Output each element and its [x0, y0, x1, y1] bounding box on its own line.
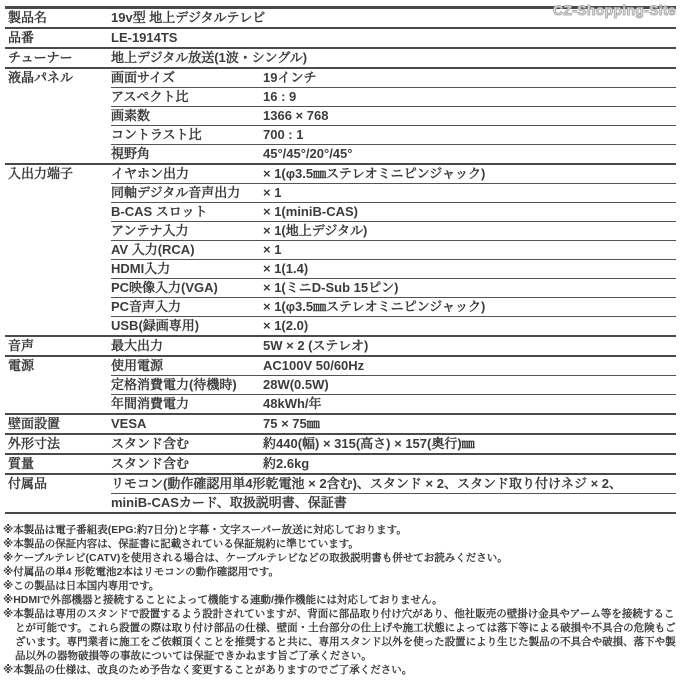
footnote: ※本製品は電子番組表(EPG:約7日分)と字幕・文字スーパー放送に対応しておりま… [3, 523, 676, 537]
footnote: ※ケーブルテレビ(CATV)を使用される場合は、ケーブルテレビなどの取扱説明書も… [3, 551, 676, 565]
spec-sub-label: イヤホン出力 [111, 165, 263, 183]
spec-value: LE-1914TS [111, 29, 676, 47]
spec-group-io-terminals: 入出力端子 イヤホン出力 × 1(φ3.5㎜ステレオミニピンジャック) 同軸デジ… [5, 163, 676, 335]
spec-row: miniB-CASカード、取扱説明書、保証書 [111, 493, 676, 512]
spec-row: 同軸デジタル音声出力 × 1 [111, 183, 676, 202]
spec-row: 最大出力 5W × 2 (ステレオ) [111, 337, 676, 355]
spec-value: 28W(0.5W) [263, 376, 676, 394]
spec-value: × 1(ミニD-Sub 15ピン) [263, 279, 676, 297]
spec-rows: スタンド含む 約440(幅) × 315(高さ) × 157(奥行)㎜ [111, 435, 676, 453]
spec-rows: 使用電源 AC100V 50/60Hz 定格消費電力(待機時) 28W(0.5W… [111, 357, 676, 413]
spec-value: 約440(幅) × 315(高さ) × 157(奥行)㎜ [263, 435, 676, 453]
spec-row: B-CAS スロット × 1(miniB-CAS) [111, 202, 676, 221]
spec-rows: スタンド含む 約2.6kg [111, 455, 676, 473]
spec-row: コントラスト比 700 : 1 [111, 125, 676, 144]
spec-row: HDMI入力 × 1(1.4) [111, 259, 676, 278]
spec-sub-label: AV 入力(RCA) [111, 241, 263, 259]
spec-value: 地上デジタル放送(1波・シングル) [111, 49, 676, 67]
spec-sub-label: 使用電源 [111, 357, 263, 375]
spec-sub-label: 同軸デジタル音声出力 [111, 184, 263, 202]
spec-sub-label: スタンド含む [111, 435, 263, 453]
spec-row: イヤホン出力 × 1(φ3.5㎜ステレオミニピンジャック) [111, 165, 676, 183]
spec-sub-label: 視野角 [111, 145, 263, 163]
spec-row: PC映像入力(VGA) × 1(ミニD-Sub 15ピン) [111, 278, 676, 297]
spec-sub-label: アンテナ入力 [111, 222, 263, 240]
spec-sub-label: PC映像入力(VGA) [111, 279, 263, 297]
spec-value: AC100V 50/60Hz [263, 357, 676, 375]
spec-value: × 1(φ3.5㎜ステレオミニピンジャック) [263, 298, 676, 316]
spec-value: × 1(1.4) [263, 260, 676, 278]
spec-row: PC音声入力 × 1(φ3.5㎜ステレオミニピンジャック) [111, 297, 676, 316]
spec-value: 19インチ [263, 69, 676, 87]
spec-sub-label: 最大出力 [111, 337, 263, 355]
spec-group-tuner: チューナー 地上デジタル放送(1波・シングル) [5, 47, 676, 67]
spec-group-power: 電源 使用電源 AC100V 50/60Hz 定格消費電力(待機時) 28W(0… [5, 355, 676, 413]
spec-sub-label: スタンド含む [111, 455, 263, 473]
spec-sub-label: アスペクト比 [111, 88, 263, 106]
footnote: ※本製品の保証内容は、保証書に記載されている保証規約に準じています。 [3, 537, 676, 551]
spec-group-model-number: 品番 LE-1914TS [5, 27, 676, 47]
spec-rows: イヤホン出力 × 1(φ3.5㎜ステレオミニピンジャック) 同軸デジタル音声出力… [111, 165, 676, 335]
spec-sub-label: PC音声入力 [111, 298, 263, 316]
spec-sub-label: 画素数 [111, 107, 263, 125]
spec-row: USB(録画専用) × 1(2.0) [111, 316, 676, 335]
spec-sub-label: コントラスト比 [111, 126, 263, 144]
spec-row: LE-1914TS [111, 29, 676, 47]
spec-group-lcd-panel: 液晶パネル 画面サイズ 19インチ アスペクト比 16 : 9 画素数 1366… [5, 67, 676, 163]
spec-group-label: 外形寸法 [5, 435, 111, 453]
spec-value: 5W × 2 (ステレオ) [263, 337, 676, 355]
spec-row: 画素数 1366 × 768 [111, 106, 676, 125]
spec-row: VESA 75 × 75㎜ [111, 415, 676, 433]
spec-row: スタンド含む 約2.6kg [111, 455, 676, 473]
spec-value: × 1 [263, 241, 676, 259]
spec-value: × 1(地上デジタル) [263, 222, 676, 240]
spec-value: 約2.6kg [263, 455, 676, 473]
spec-row: アンテナ入力 × 1(地上デジタル) [111, 221, 676, 240]
spec-value: 48kWh/年 [263, 395, 676, 413]
spec-sub-label: HDMI入力 [111, 260, 263, 278]
spec-sheet-page: CZ-Shopping-Site 製品名 19v型 地上デジタルテレビ 品番 L… [0, 0, 680, 680]
spec-rows: 地上デジタル放送(1波・シングル) [111, 49, 676, 67]
spec-rows: 画面サイズ 19インチ アスペクト比 16 : 9 画素数 1366 × 768… [111, 69, 676, 163]
spec-group-label: 品番 [5, 29, 111, 47]
spec-group-label: 入出力端子 [5, 165, 111, 335]
footnote: ※HDMIで外部機器と接続することによって機能する連動/操作機能には対応しており… [3, 593, 676, 607]
spec-value: 1366 × 768 [263, 107, 676, 125]
spec-value: miniB-CASカード、取扱説明書、保証書 [111, 494, 676, 512]
footnote: ※本製品の仕様は、改良のため予告なく変更することがありますのでご了承ください。 [3, 663, 676, 677]
spec-sub-label: VESA [111, 415, 263, 433]
footnote: ※この製品は日本国内専用です。 [3, 579, 676, 593]
spec-value: × 1(2.0) [263, 317, 676, 335]
spec-rows: リモコン(動作確認用単4形乾電池 × 2含む)、スタンド × 2、スタンド取り付… [111, 475, 676, 512]
spec-value: 75 × 75㎜ [263, 415, 676, 433]
spec-sub-label: USB(録画専用) [111, 317, 263, 335]
spec-rows: 最大出力 5W × 2 (ステレオ) [111, 337, 676, 355]
spec-group-label: 質量 [5, 455, 111, 473]
spec-row: AV 入力(RCA) × 1 [111, 240, 676, 259]
spec-value: 700 : 1 [263, 126, 676, 144]
spec-value: × 1(φ3.5㎜ステレオミニピンジャック) [263, 165, 676, 183]
spec-row: 年間消費電力 48kWh/年 [111, 394, 676, 413]
spec-table: 製品名 19v型 地上デジタルテレビ 品番 LE-1914TS チューナー 地上… [5, 6, 676, 514]
spec-row: スタンド含む 約440(幅) × 315(高さ) × 157(奥行)㎜ [111, 435, 676, 453]
spec-row: 地上デジタル放送(1波・シングル) [111, 49, 676, 67]
spec-row: 定格消費電力(待機時) 28W(0.5W) [111, 375, 676, 394]
spec-group-weight: 質量 スタンド含む 約2.6kg [5, 453, 676, 473]
spec-sub-label: B-CAS スロット [111, 203, 263, 221]
spec-row: リモコン(動作確認用単4形乾電池 × 2含む)、スタンド × 2、スタンド取り付… [111, 475, 676, 493]
spec-rows: VESA 75 × 75㎜ [111, 415, 676, 433]
spec-group-label: 付属品 [5, 475, 111, 512]
spec-value: 16 : 9 [263, 88, 676, 106]
spec-group-dimensions: 外形寸法 スタンド含む 約440(幅) × 315(高さ) × 157(奥行)㎜ [5, 433, 676, 453]
spec-value: 45°/45°/20°/45° [263, 145, 676, 163]
shop-watermark: CZ-Shopping-Site [553, 2, 676, 18]
spec-sub-label: 定格消費電力(待機時) [111, 376, 263, 394]
spec-group-label: 壁面設置 [5, 415, 111, 433]
spec-group-accessories: 付属品 リモコン(動作確認用単4形乾電池 × 2含む)、スタンド × 2、スタン… [5, 473, 676, 512]
spec-group-label: 液晶パネル [5, 69, 111, 163]
spec-sub-label: 画面サイズ [111, 69, 263, 87]
spec-group-label: 製品名 [5, 9, 111, 27]
spec-group-label: チューナー [5, 49, 111, 67]
spec-value: リモコン(動作確認用単4形乾電池 × 2含む)、スタンド × 2、スタンド取り付… [111, 475, 676, 493]
spec-row: 視野角 45°/45°/20°/45° [111, 144, 676, 163]
spec-group-wall-mount: 壁面設置 VESA 75 × 75㎜ [5, 413, 676, 433]
spec-group-audio: 音声 最大出力 5W × 2 (ステレオ) [5, 335, 676, 355]
spec-value: × 1 [263, 184, 676, 202]
spec-value: × 1(miniB-CAS) [263, 203, 676, 221]
spec-group-label: 音声 [5, 337, 111, 355]
footnote: ※本製品は専用のスタンドで設置するよう設計されていますが、背面に部品取り付け穴が… [3, 607, 676, 663]
spec-row: 使用電源 AC100V 50/60Hz [111, 357, 676, 375]
spec-group-label: 電源 [5, 357, 111, 413]
spec-rows: LE-1914TS [111, 29, 676, 47]
spec-sub-label: 年間消費電力 [111, 395, 263, 413]
footnotes: ※本製品は電子番組表(EPG:約7日分)と字幕・文字スーパー放送に対応しておりま… [3, 523, 676, 677]
spec-row: 画面サイズ 19インチ [111, 69, 676, 87]
footnote: ※付属品の単4 形乾電池2本はリモコンの動作確認用です。 [3, 565, 676, 579]
spec-row: アスペクト比 16 : 9 [111, 87, 676, 106]
